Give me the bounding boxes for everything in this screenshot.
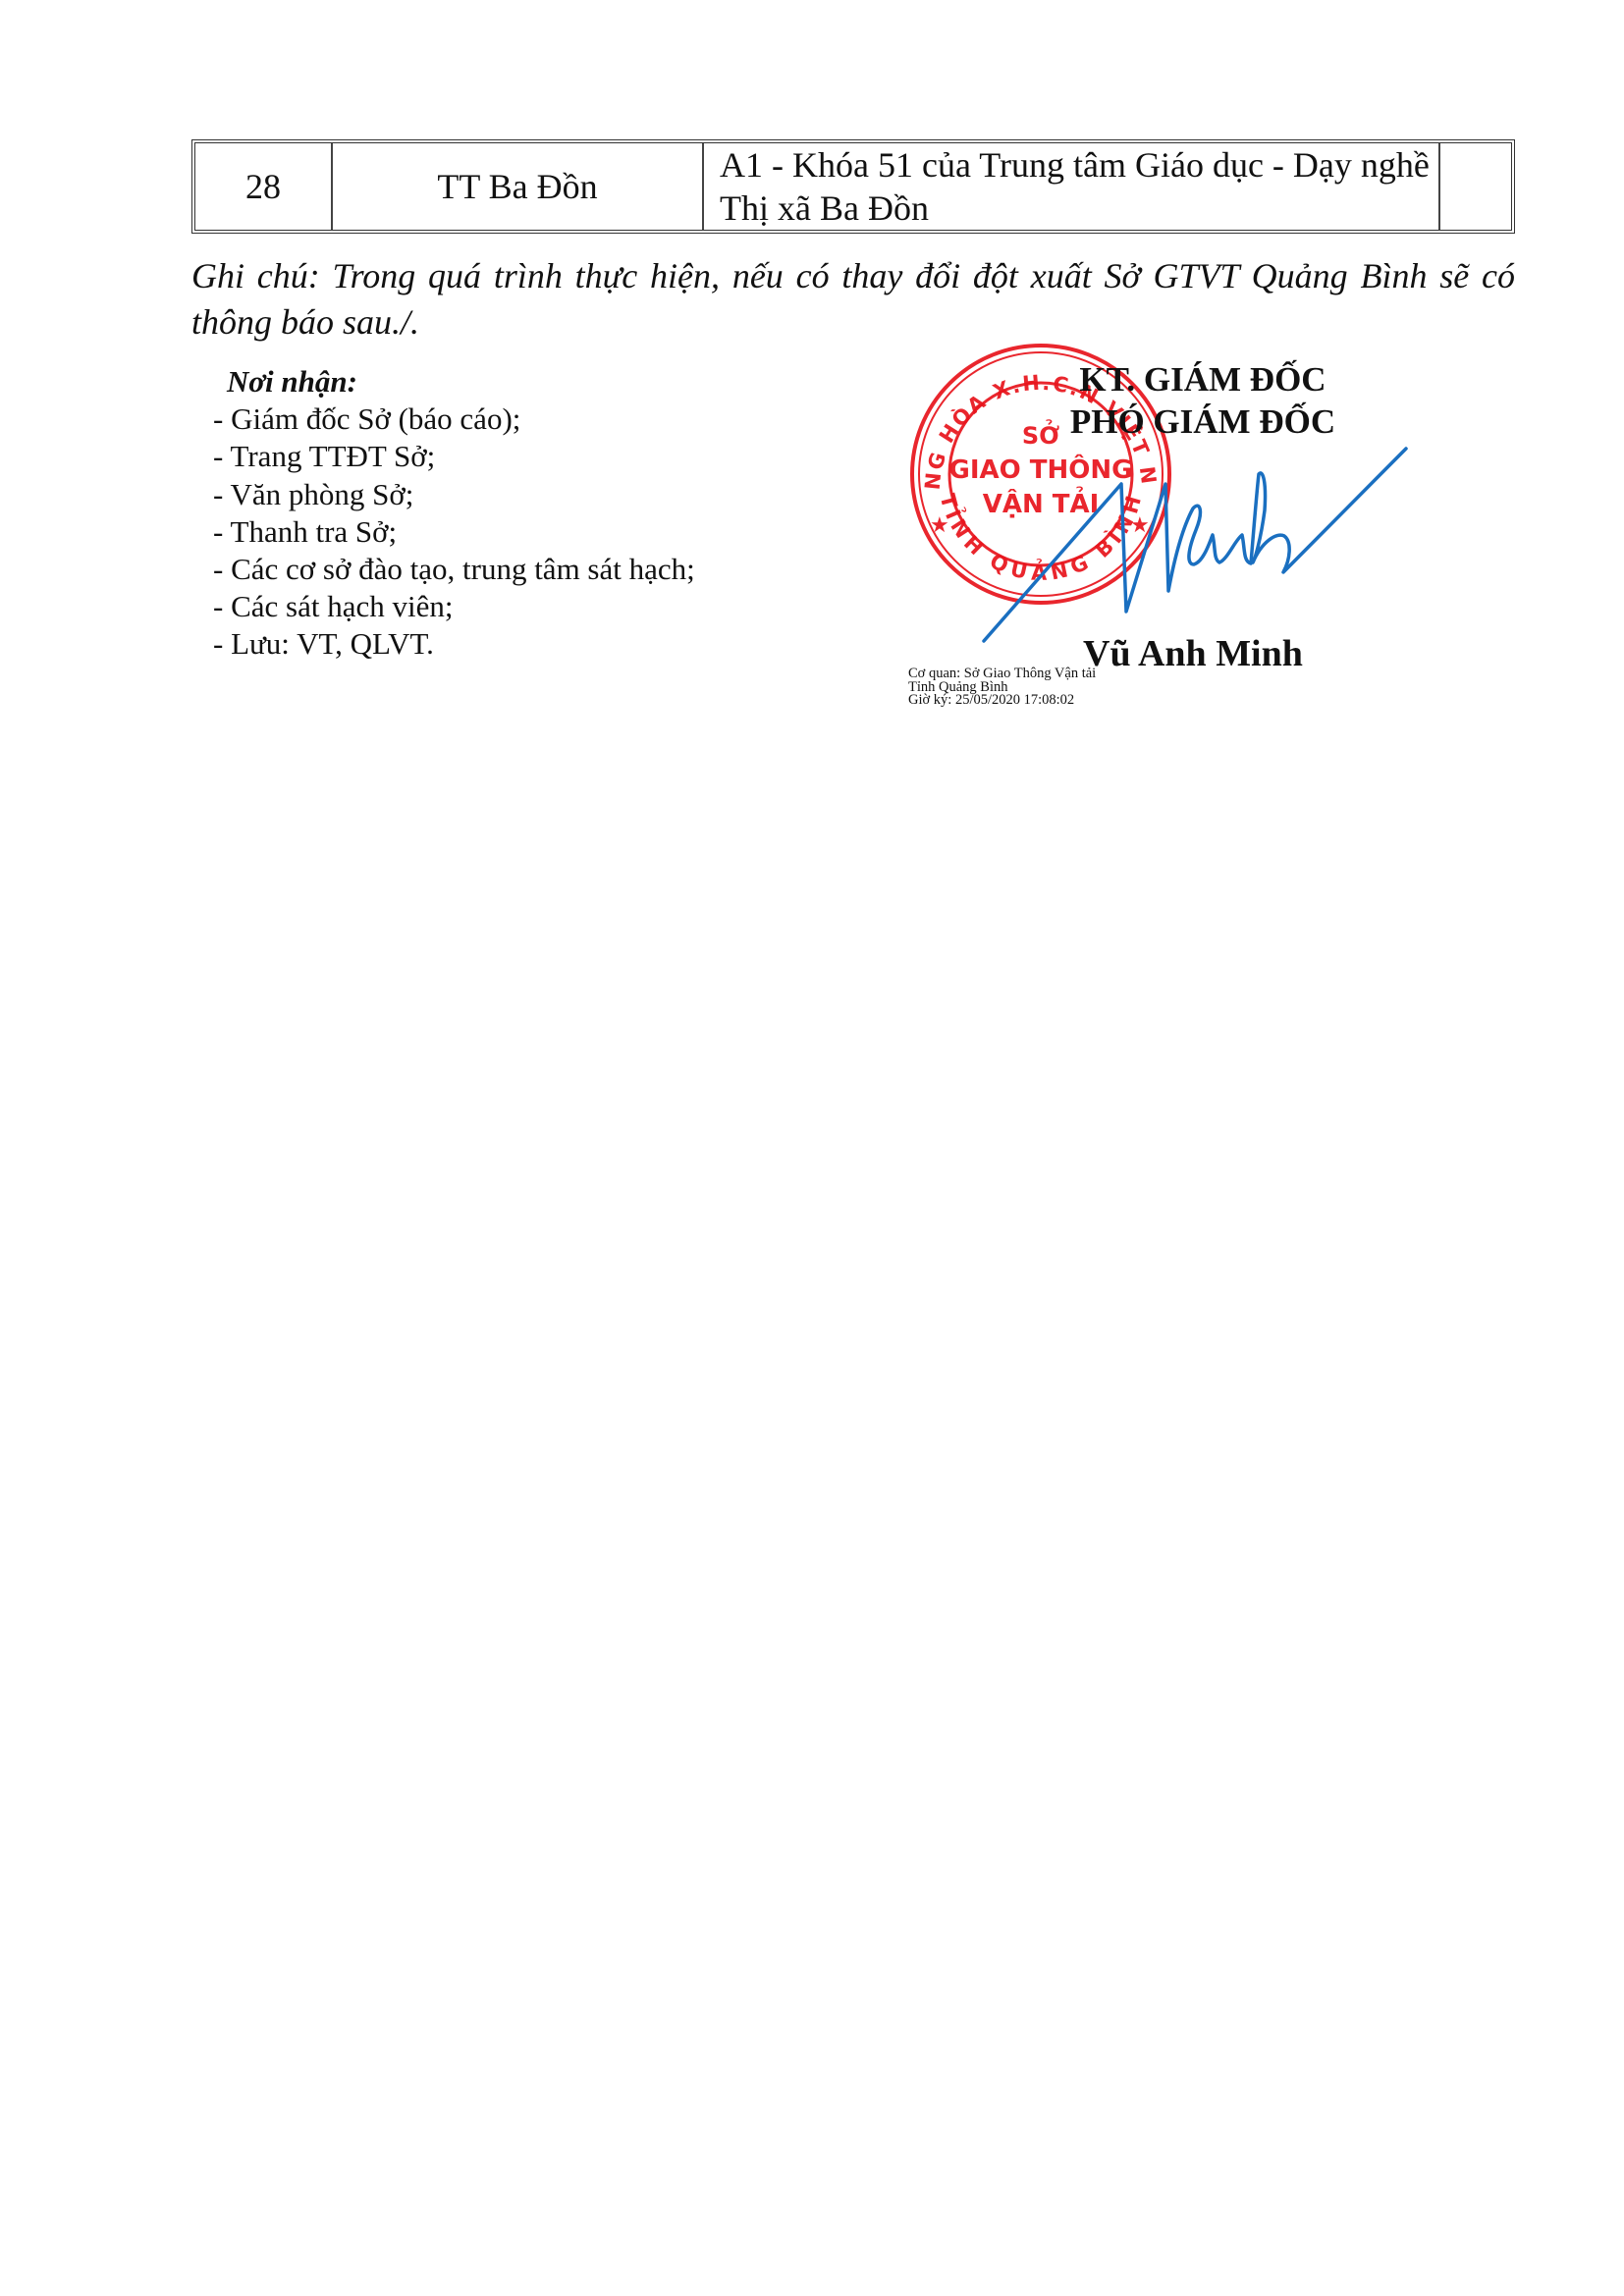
cell-note (1440, 143, 1511, 230)
stamp-center-line3: VẬN TẢI (983, 485, 1100, 519)
stamp-star-left-icon: ★ (930, 513, 949, 538)
note-paragraph: Ghi chú: Trong quá trình thực hiện, nếu … (191, 253, 1515, 346)
cell-unit: TT Ba Đồn (333, 143, 704, 230)
stamp-bottom-text: TỈNH QUẢNG BÌNH (936, 492, 1147, 585)
recipients-title: Nơi nhận: (213, 363, 695, 400)
recipient-item: - Giám đốc Sở (báo cáo); (213, 400, 695, 438)
recipient-item: - Các cơ sở đào tạo, trung tâm sát hạch; (213, 551, 695, 588)
recipients-block: Nơi nhận: - Giám đốc Sở (báo cáo); - Tra… (213, 363, 695, 664)
recipient-item: - Văn phòng Sở; (213, 476, 695, 513)
signature-title-line1: KT. GIÁM ĐỐC (1011, 358, 1394, 400)
recipient-item: - Lưu: VT, QLVT. (213, 625, 695, 663)
document-page: 28 TT Ba Đồn A1 - Khóa 51 của Trung tâm … (0, 0, 1624, 2296)
digital-signature-info: Cơ quan: Sở Giao Thông Vận tải Tỉnh Quản… (908, 667, 1096, 708)
sig-time: Giờ ký: 25/05/2020 17:08:02 (908, 694, 1096, 708)
cell-course: A1 - Khóa 51 của Trung tâm Giáo dục - Dạ… (704, 143, 1440, 230)
table-row: 28 TT Ba Đồn A1 - Khóa 51 của Trung tâm … (195, 143, 1511, 230)
schedule-table: 28 TT Ba Đồn A1 - Khóa 51 của Trung tâm … (191, 139, 1515, 234)
recipient-item: - Các sát hạch viên; (213, 588, 695, 625)
signature-title-line2: PHÓ GIÁM ĐỐC (1011, 400, 1394, 443)
recipient-item: - Trang TTĐT Sở; (213, 438, 695, 475)
signer-name: Vũ Anh Minh (1083, 632, 1303, 675)
svg-text:TỈNH QUẢNG BÌNH: TỈNH QUẢNG BÌNH (936, 492, 1147, 585)
handwritten-signature-icon (972, 432, 1424, 658)
stamp-center-line2: GIAO THÔNG (949, 454, 1133, 485)
recipient-item: - Thanh tra Sở; (213, 513, 695, 551)
stamp-star-right-icon: ★ (1130, 513, 1150, 538)
signature-title: KT. GIÁM ĐỐC PHÓ GIÁM ĐỐC (1011, 358, 1394, 443)
cell-stt: 28 (195, 143, 333, 230)
